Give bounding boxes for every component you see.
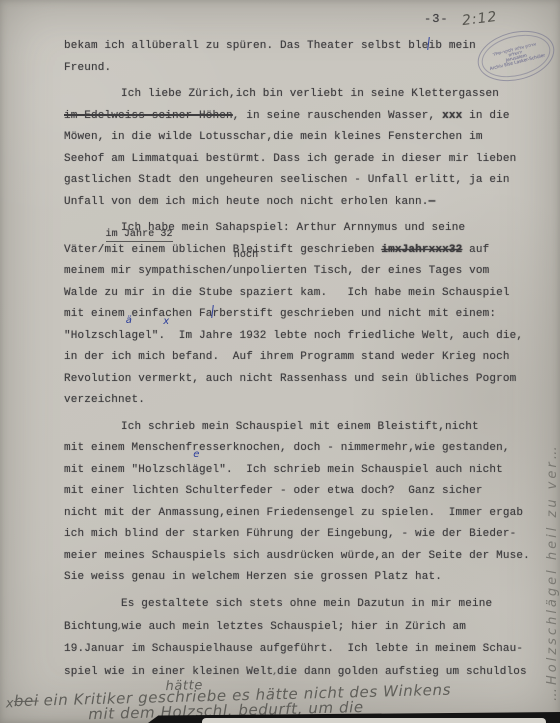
text-segment: Es gestaltete sich stets ohne mein Dazut… — [121, 598, 492, 610]
text-segment: rberstift geschrieben und nicht mit eine… — [213, 308, 497, 320]
typed-line: Bichtung,wie auch mein letztes Schauspie… — [64, 615, 560, 639]
text-segment: mit einer lichten Schulterfeder - oder e… — [64, 485, 483, 497]
interline-insertion: hätte — [165, 677, 203, 695]
text-segment: verzeichnet. — [64, 394, 145, 406]
interline-insertion: im Jahre 32 — [106, 230, 173, 242]
typed-line: in der ich mich befand. Auf ihrem Progra… — [64, 347, 560, 369]
text-segment: Freund. — [64, 62, 111, 74]
text-segment: Ich schrieb mein Schauspiel mit einem Bl… — [121, 421, 479, 433]
text-segment: Walde zu mir in die Stube spaziert kam. … — [64, 287, 510, 299]
typed-line: Es gestaltete sich stets ohne mein Dazut… — [64, 594, 560, 616]
text-segment: Bichtung — [64, 621, 118, 633]
text-segment: Unfall von dem ich mich heute noch nicht… — [64, 196, 429, 208]
text-segment: Sie weiss genau in welchem Herzen sie gr… — [64, 571, 442, 583]
text-segment: die dann golden aufstieg um schuldlos — [277, 666, 527, 678]
typed-line: im Edelweiss seiner Höhen, in seine raus… — [64, 106, 560, 128]
typed-line: mit einem einfachen Farberstift geschrie… — [64, 304, 560, 326]
text-segment: äe — [192, 460, 199, 482]
interline-insertion: noch — [234, 251, 258, 261]
typed-line: meinem mir sympathischen/unpoliertennoch… — [64, 261, 560, 283]
text-segment: nicht mit der Anmassung,einen Friedensen… — [64, 507, 523, 519]
typed-line: Möwen, in die wilde Lotusschar,die mein … — [64, 127, 560, 149]
page-number: -3- — [424, 12, 449, 26]
text-segment: auf — [462, 244, 489, 256]
interline-insertion: ä — [126, 316, 132, 326]
text-segment: gastlichen Stadt den ungeheuren seelisch… — [64, 174, 510, 186]
text-segment: Ich liebe Zürich,ich bin verliebt in sei… — [121, 88, 499, 100]
typed-line: verzeichnet. — [64, 390, 560, 412]
text-segment: xxx — [442, 110, 462, 122]
text-segment: "Holzschl — [64, 330, 125, 342]
typed-line: Ich schrieb mein Schauspiel mit einem Bl… — [64, 417, 560, 439]
text-segment: Väter/ — [64, 244, 105, 256]
typed-line: mit einer lichten Schulterfeder - oder e… — [64, 481, 560, 503]
text-segment: unpoliertennoch — [233, 261, 307, 283]
text-segment: Revolution vermerkt, auch nicht Rassenha… — [64, 373, 516, 385]
typed-line: Unfall von dem ich mich heute noch nicht… — [64, 192, 560, 214]
struck-word: bei — [14, 691, 39, 710]
typed-line: Seehof am Limmatquai bestürmt. Dass ich … — [64, 149, 560, 171]
typed-line: gastlichen Stadt den ungeheuren seelisch… — [64, 170, 560, 192]
typed-line: meier meines Schauspiels sich ausdrücken… — [64, 546, 560, 568]
archive-shelfmark-handwritten: 2:12 — [461, 9, 498, 29]
manuscript-page: -3- 2:12 ארכיון אלזה לסקר-שילר ירושלים J… — [0, 0, 560, 723]
text-segment: in der ich mich befand. Auf ihrem Progra… — [64, 351, 510, 363]
text-segment: ich mich blind der starken Führung der E… — [64, 528, 516, 540]
handwritten-margin-note: …Holzschlägel heil zu ver… — [545, 366, 560, 701]
text-segment: imxJahrxxx32 — [381, 244, 462, 256]
text-segment: Möwen, in die wilde Lotusschar,die mein … — [64, 131, 483, 143]
text-segment: wie auch mein letztes Schauspiel; hier i… — [122, 621, 466, 633]
typed-line: Sie weiss genau in welchem Herzen sie gr… — [64, 567, 560, 589]
text-segment: aä — [125, 326, 132, 348]
text-segment: 19.Januar im Schauspielhause aufgeführt.… — [64, 643, 523, 655]
text-segment: ib mein — [429, 40, 476, 52]
text-segment: — — [429, 196, 436, 208]
interline-insertion: x — [163, 317, 169, 327]
text-segment: mit einem "Holzschl — [64, 464, 192, 476]
typed-line: mit einem "Holzschläegel". Ich schrieb m… — [64, 460, 560, 482]
typed-line: Freund. — [64, 58, 560, 80]
typed-line: mit einem Menschenfresserknochen, doch -… — [64, 438, 560, 460]
text-segment: meier meines Schauspiels sich ausdrücken… — [64, 550, 530, 562]
text-segment: mit einem einfachen Fa — [64, 308, 213, 320]
text-segment: in die — [462, 110, 509, 122]
text-segment: gel". Ich schrieb mein Schauspiel auch n… — [199, 464, 503, 476]
text-segment: Seehof am Limmatquai bestürmt. Dass ich … — [64, 153, 516, 165]
typed-line: Väter/mit einem üblichenim Jahre 32 Blei… — [64, 240, 560, 262]
text-segment: Tisch, der eines Tages vom — [307, 265, 489, 277]
typed-line: Walde zu mir in die Stube spaziert kam. … — [64, 283, 560, 305]
typed-line: "Holzschlaägel".x Im Jahre 1932 lebte no… — [64, 326, 560, 348]
text-segment: bekam ich allüberall zu spüren. Das Thea… — [64, 40, 429, 52]
typed-line: 19.Januar im Schauspielhause aufgeführt.… — [64, 639, 560, 661]
typed-line: ich mich blind der starken Führung der E… — [64, 524, 560, 546]
text-segment: im Edelweiss seiner Höhen — [64, 110, 233, 122]
text-segment: spiel wie in einer kleinen Welt — [64, 666, 273, 678]
text-segment: mit einem Menschenfresserknochen, doch -… — [64, 442, 510, 454]
text-segment: gel".x — [132, 326, 166, 348]
underlying-sheet-edge — [202, 718, 546, 723]
correction-x-mark: x — [6, 695, 15, 712]
typed-line: bekam ich allüberall zu spüren. Das Thea… — [64, 36, 560, 58]
text-segment: mit einem üblichenim Jahre 32 — [105, 240, 227, 262]
typescript-body: bekam ich allüberall zu spüren. Das Thea… — [0, 36, 560, 684]
typed-line: Ich liebe Zürich,ich bin verliebt in sei… — [64, 84, 560, 106]
typed-line: Revolution vermerkt, auch nicht Rassenha… — [64, 369, 560, 391]
interline-insertion: e — [193, 450, 199, 460]
text-segment: meinem mir sympathischen/ — [64, 265, 233, 277]
typed-line: nicht mit der Anmassung,einen Friedensen… — [64, 503, 560, 525]
text-segment: , in seine rauschenden Wasser, — [233, 110, 442, 122]
text-segment: Im Jahre 1932 lebte noch friedliche Welt… — [165, 330, 523, 342]
